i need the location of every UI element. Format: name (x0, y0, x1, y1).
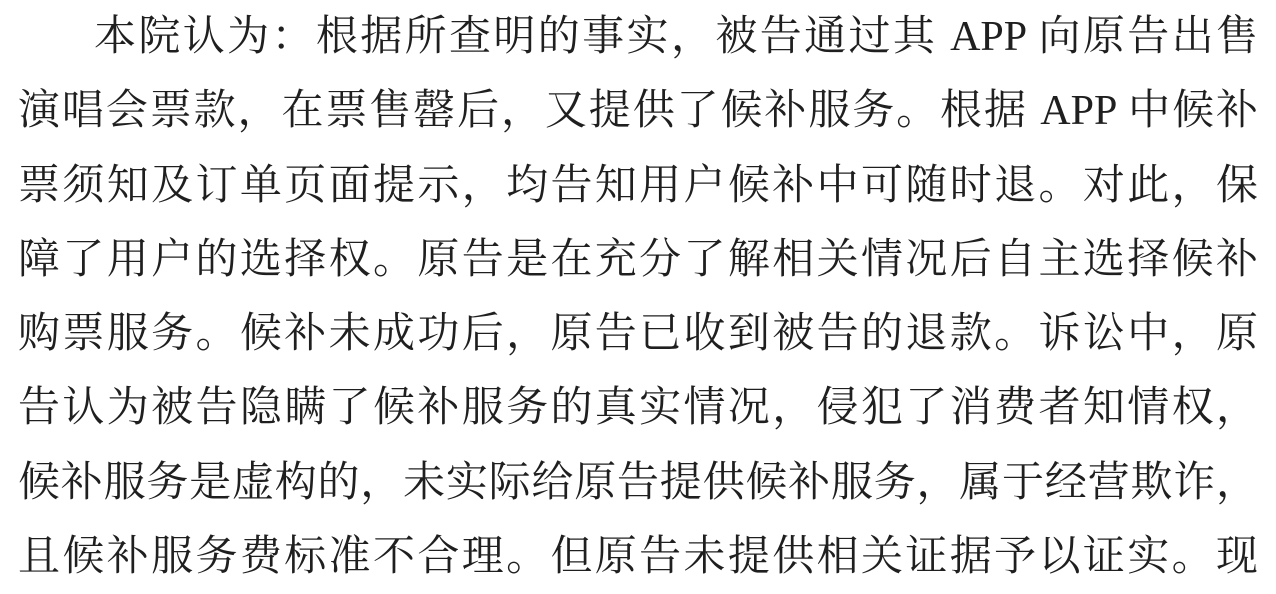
judgment-text-line: 候补服务是虚构的，未实际给原告提供候补服务，属于经营欺诈， (18, 446, 1258, 520)
judgment-paragraph: 本院认为：根据所查明的事实，被告通过其 APP 向原告出售 演唱会票款，在票售罄… (18, 0, 1258, 594)
judgment-text-line: 购票服务。候补未成功后，原告已收到被告的退款。诉讼中，原 (18, 297, 1258, 371)
document-page: 本院认为：根据所查明的事实，被告通过其 APP 向原告出售 演唱会票款，在票售罄… (0, 0, 1276, 594)
judgment-text-line: 告认为被告隐瞒了候补服务的真实情况，侵犯了消费者知情权， (18, 371, 1258, 445)
judgment-text-line: 且候补服务费标准不合理。但原告未提供相关证据予以证实。现 (18, 520, 1258, 594)
judgment-text-line: 票须知及订单页面提示，均告知用户候补中可随时退。对此，保 (18, 149, 1258, 223)
judgment-text-line: 障了用户的选择权。原告是在充分了解相关情况后自主选择候补 (18, 223, 1258, 297)
judgment-text-line: 演唱会票款，在票售罄后，又提供了候补服务。根据 APP 中候补 (18, 74, 1258, 148)
judgment-text-line: 本院认为：根据所查明的事实，被告通过其 APP 向原告出售 (18, 0, 1258, 74)
